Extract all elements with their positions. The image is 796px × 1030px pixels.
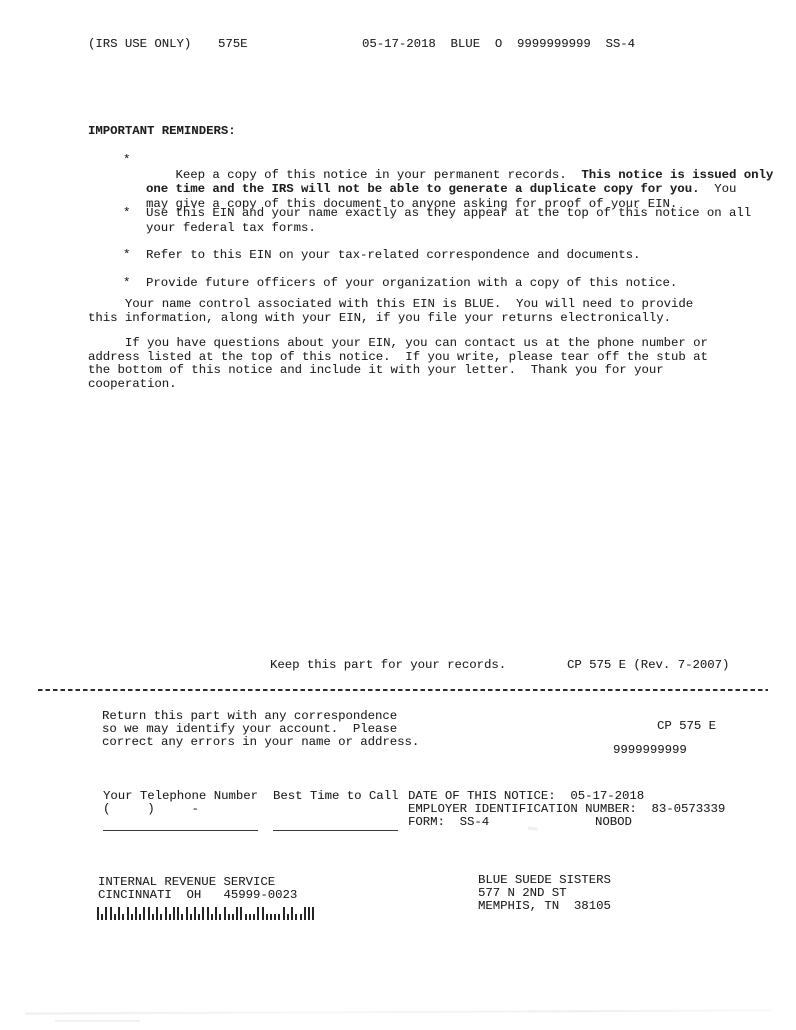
notice-form-code: 575E <box>218 37 248 51</box>
barcode-bar <box>291 907 293 920</box>
barcode-bar <box>266 914 268 920</box>
return-stub-note: Return this part with any correspondence… <box>102 710 419 750</box>
barcode-bar <box>304 907 306 920</box>
reminder-bullet-refer-ein: Refer to this EIN on your tax-related co… <box>146 248 640 263</box>
barcode-bar <box>232 914 234 920</box>
barcode-bar <box>287 914 289 920</box>
barcode-bar <box>236 907 238 920</box>
bullet-asterisk: * <box>123 206 130 220</box>
best-time-label: Best Time to Call <box>273 789 398 803</box>
barcode-bar <box>274 914 276 920</box>
barcode-bar <box>215 907 217 920</box>
recipient-address-block: BLUE SUEDE SISTERS 577 N 2ND ST MEMPHIS,… <box>478 874 611 914</box>
barcode-bar <box>131 914 133 920</box>
irs-use-only-label: (IRS USE ONLY) <box>88 37 191 51</box>
reminder-bullet-future-officers: Provide future officers of your organiza… <box>146 276 677 291</box>
barcode-bar <box>262 907 264 920</box>
telephone-underline <box>103 830 258 831</box>
telephone-number-field: ( ) - <box>103 802 199 816</box>
barcode-bar <box>122 914 124 920</box>
barcode-bar <box>173 907 175 920</box>
barcode-bar <box>186 907 188 920</box>
barcode-bar <box>169 914 171 920</box>
barcode-bar <box>160 914 162 920</box>
barcode-bar <box>152 914 154 920</box>
irs-address-block: INTERNAL REVENUE SERVICE CINCINNATI OH 4… <box>98 876 297 902</box>
barcode-bar <box>202 907 204 920</box>
barcode-bar <box>249 914 251 920</box>
barcode-bar <box>156 907 158 920</box>
barcode-bar <box>194 907 196 920</box>
barcode-bar <box>219 914 221 920</box>
notice-date-line: DATE OF THIS NOTICE: 05-17-2018 <box>408 789 644 803</box>
barcode-bar <box>114 914 116 920</box>
keep-records-note: Keep this part for your records. <box>270 658 506 672</box>
notice-meta-line: 05-17-2018 BLUE O 9999999999 SS-4 <box>362 37 635 51</box>
name-control-paragraph: Your name control associated with this E… <box>88 298 693 325</box>
barcode-bar <box>211 914 213 920</box>
barcode-bar <box>253 914 255 920</box>
barcode-bar <box>228 914 230 920</box>
telephone-number-label: Your Telephone Number <box>103 789 258 803</box>
barcode-bar <box>190 914 192 920</box>
stub-account-number: 9999999999 <box>613 743 687 757</box>
barcode-bar <box>135 907 137 920</box>
bullet-asterisk: * <box>123 276 130 290</box>
barcode-bar <box>198 914 200 920</box>
barcode-bar <box>207 907 209 920</box>
barcode-bar <box>240 907 242 920</box>
barcode-bar <box>270 914 272 920</box>
contact-questions-paragraph: If you have questions about your EIN, yo… <box>88 337 708 391</box>
barcode-bar <box>283 907 285 920</box>
nobod-label: NOBOD <box>595 815 632 829</box>
best-time-underline <box>273 830 398 831</box>
bullet-asterisk: * <box>123 153 130 167</box>
scan-speck <box>528 826 537 830</box>
barcode-bar <box>257 907 259 920</box>
barcode-bar <box>177 907 179 920</box>
scan-artifact-line <box>25 1009 773 1014</box>
form-type-line: FORM: SS-4 <box>408 815 489 829</box>
form-revision-label: CP 575 E (Rev. 7-2007) <box>567 658 729 672</box>
bullet1-text-normal: Keep a copy of this notice in your perma… <box>176 168 582 182</box>
important-reminders-title: IMPORTANT REMINDERS: <box>88 124 236 138</box>
barcode-bar <box>312 907 314 920</box>
barcode-bar <box>278 914 280 920</box>
reminder-bullet-use-ein: Use this EIN and your name exactly as th… <box>146 206 751 235</box>
barcode-bar <box>139 914 141 920</box>
barcode-bar <box>245 914 247 920</box>
barcode-bar <box>118 907 120 920</box>
barcode-bar <box>308 907 310 920</box>
barcode-bar <box>127 907 129 920</box>
ein-line: EMPLOYER IDENTIFICATION NUMBER: 83-05733… <box>408 802 725 816</box>
barcode-bar <box>224 907 226 920</box>
barcode-bar <box>143 907 145 920</box>
barcode-bar <box>165 907 167 920</box>
barcode-bar <box>97 907 99 920</box>
barcode-bar <box>105 907 107 920</box>
postnet-barcode <box>97 907 319 920</box>
stub-form-label: CP 575 E <box>657 719 716 733</box>
bullet-asterisk: * <box>123 248 130 262</box>
barcode-bar <box>181 914 183 920</box>
barcode-bar <box>148 907 150 920</box>
barcode-bar <box>295 914 297 920</box>
scan-artifact-speck <box>55 1020 140 1022</box>
barcode-bar <box>110 907 112 920</box>
tear-off-dashed-separator <box>38 689 768 691</box>
irs-cp575-notice-page: (IRS USE ONLY) 575E 05-17-2018 BLUE O 99… <box>0 0 796 1030</box>
barcode-bar <box>300 914 302 920</box>
barcode-bar <box>101 914 103 920</box>
